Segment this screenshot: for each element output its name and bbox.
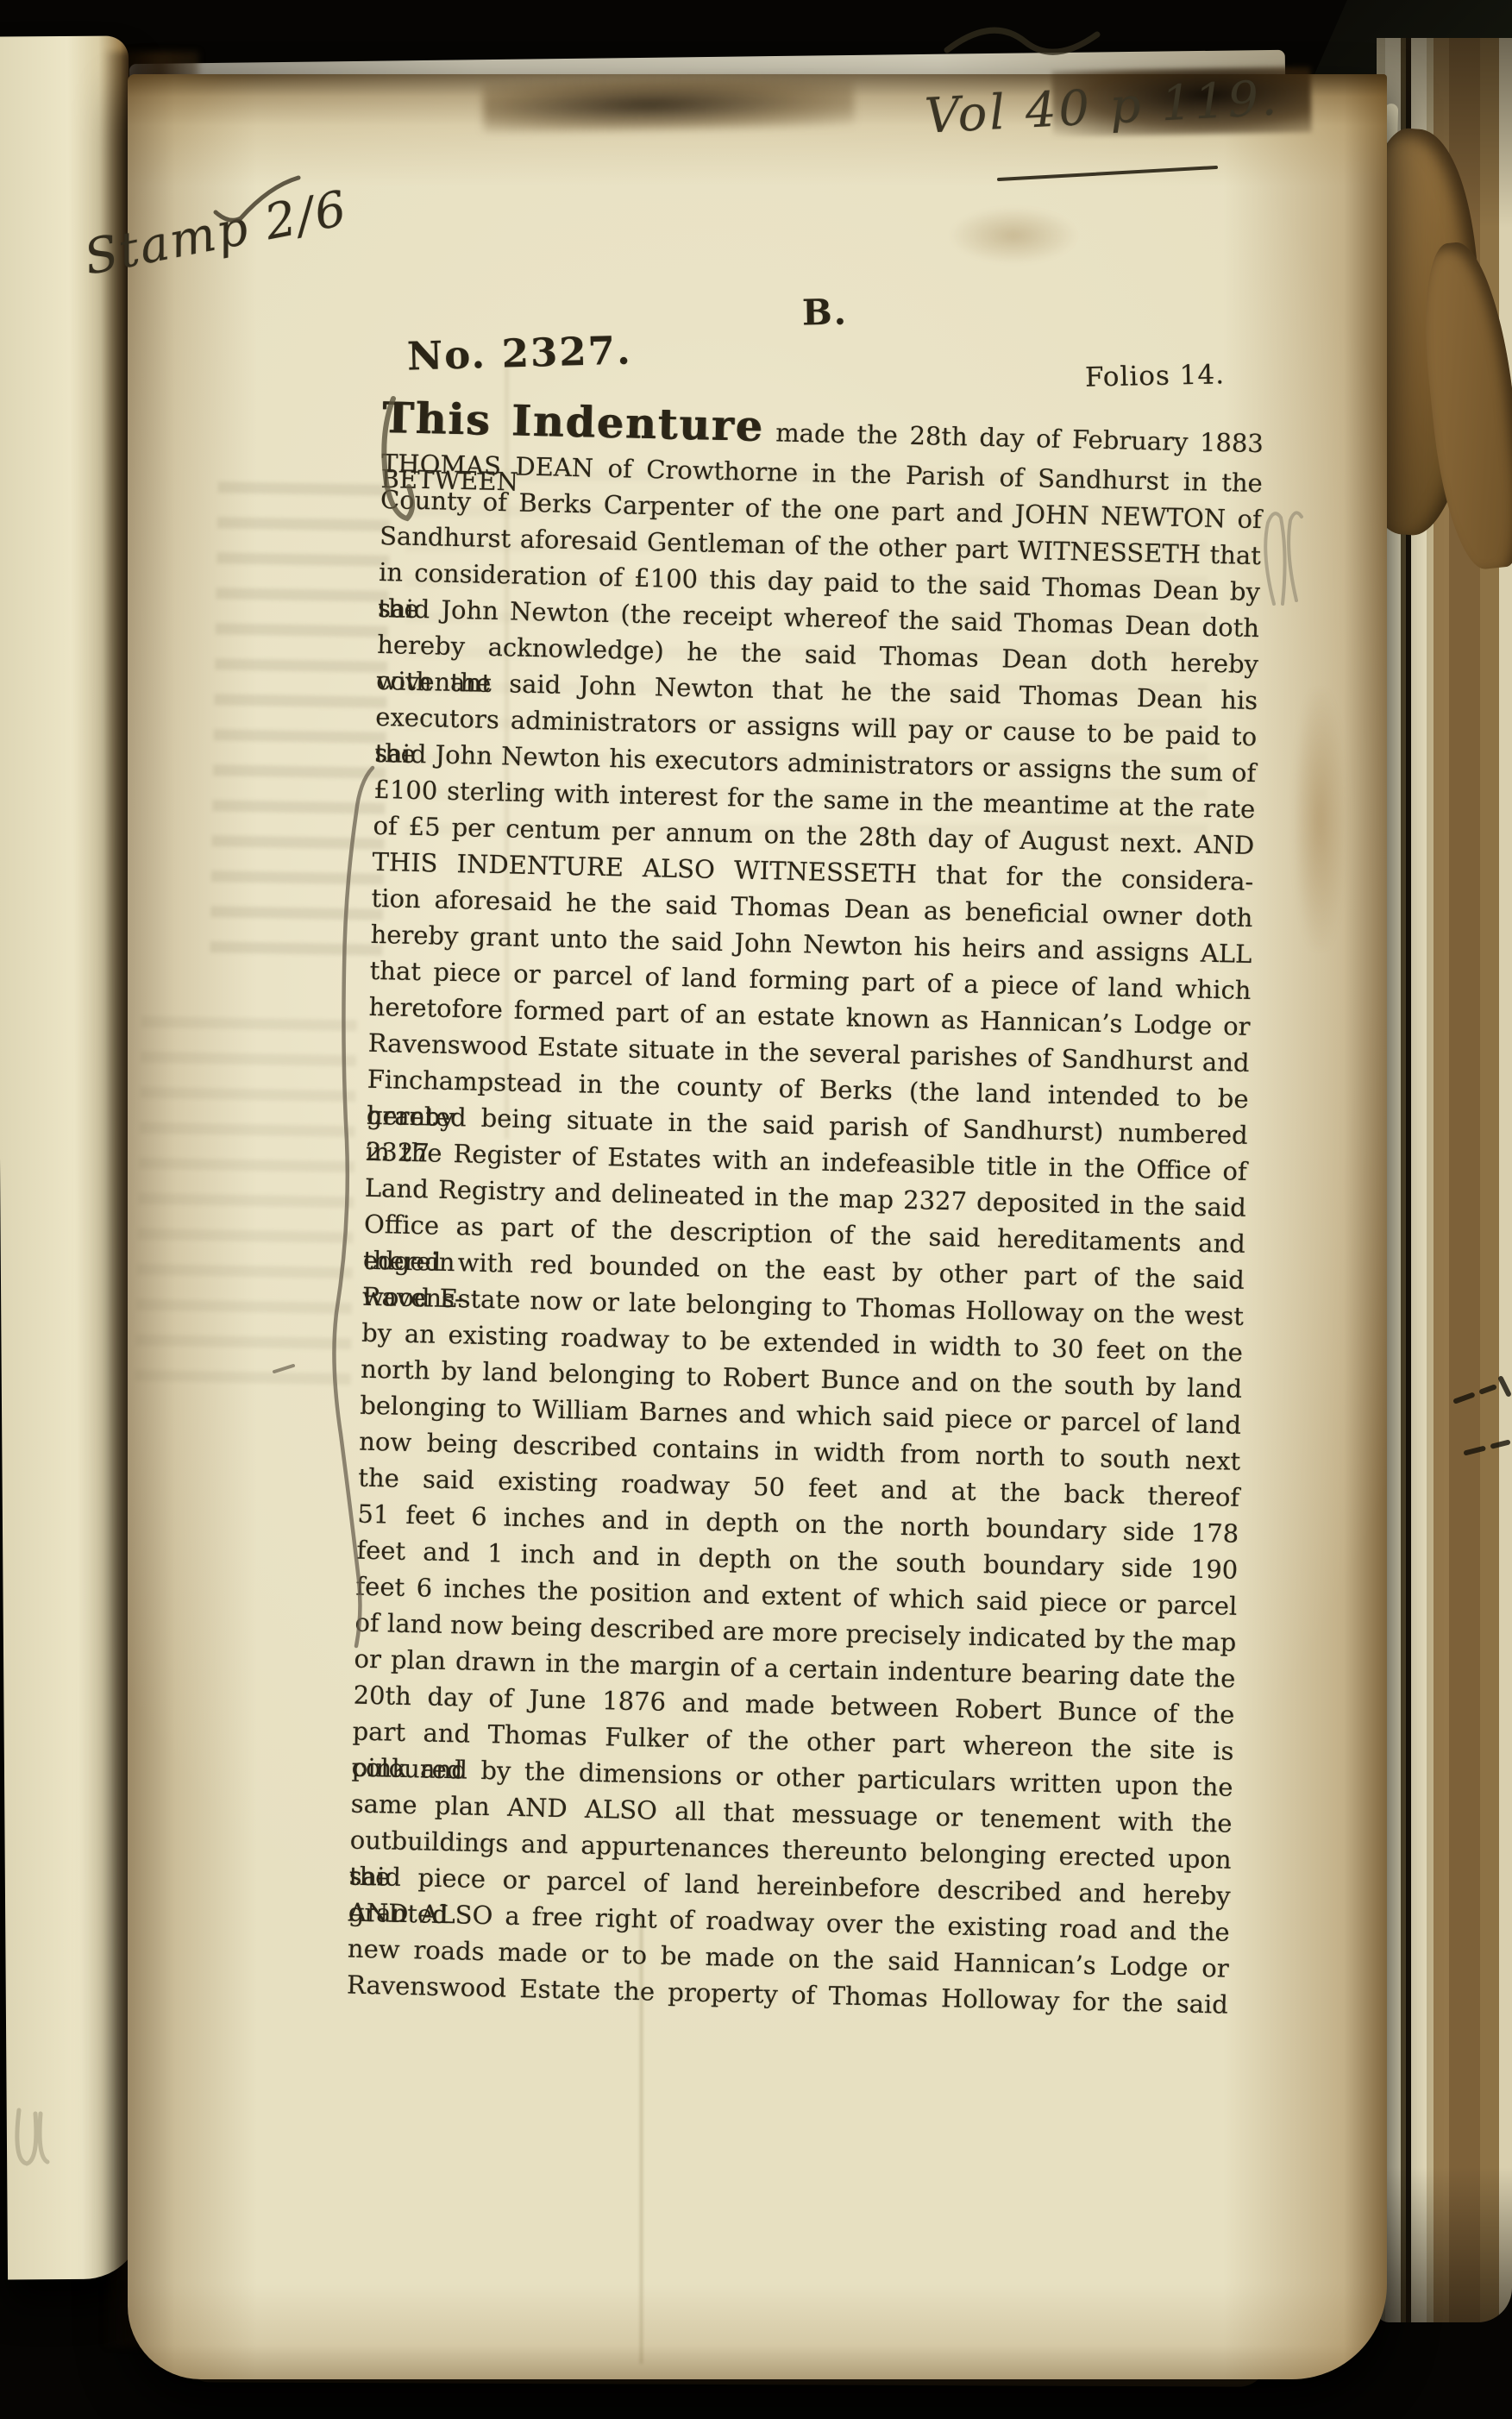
section-letter: B. [802,292,849,334]
foxing-stain [949,207,1078,264]
deed-text-lines: THOMAS DEAN of Crowthorne in the Parish … [347,445,1264,2023]
scanned-deed-photograph: Vol 40 p 119. Stamp 2/6 B. No. 2327. Fol… [0,0,1512,2419]
cut-off-handwriting-stroke [947,30,1097,52]
opening-phrase: This Indenture [382,393,765,451]
burnt-top-edge [483,76,855,132]
ink-bleedthrough [135,1016,357,1399]
foxing-stain [1294,690,1346,949]
folios-count: Folios 14. [1085,359,1226,393]
ink-bleedthrough [210,481,391,967]
deed-body-text: This Indenture made the 28th day of Febr… [347,390,1264,2023]
document-number: No. 2327. [406,327,632,379]
